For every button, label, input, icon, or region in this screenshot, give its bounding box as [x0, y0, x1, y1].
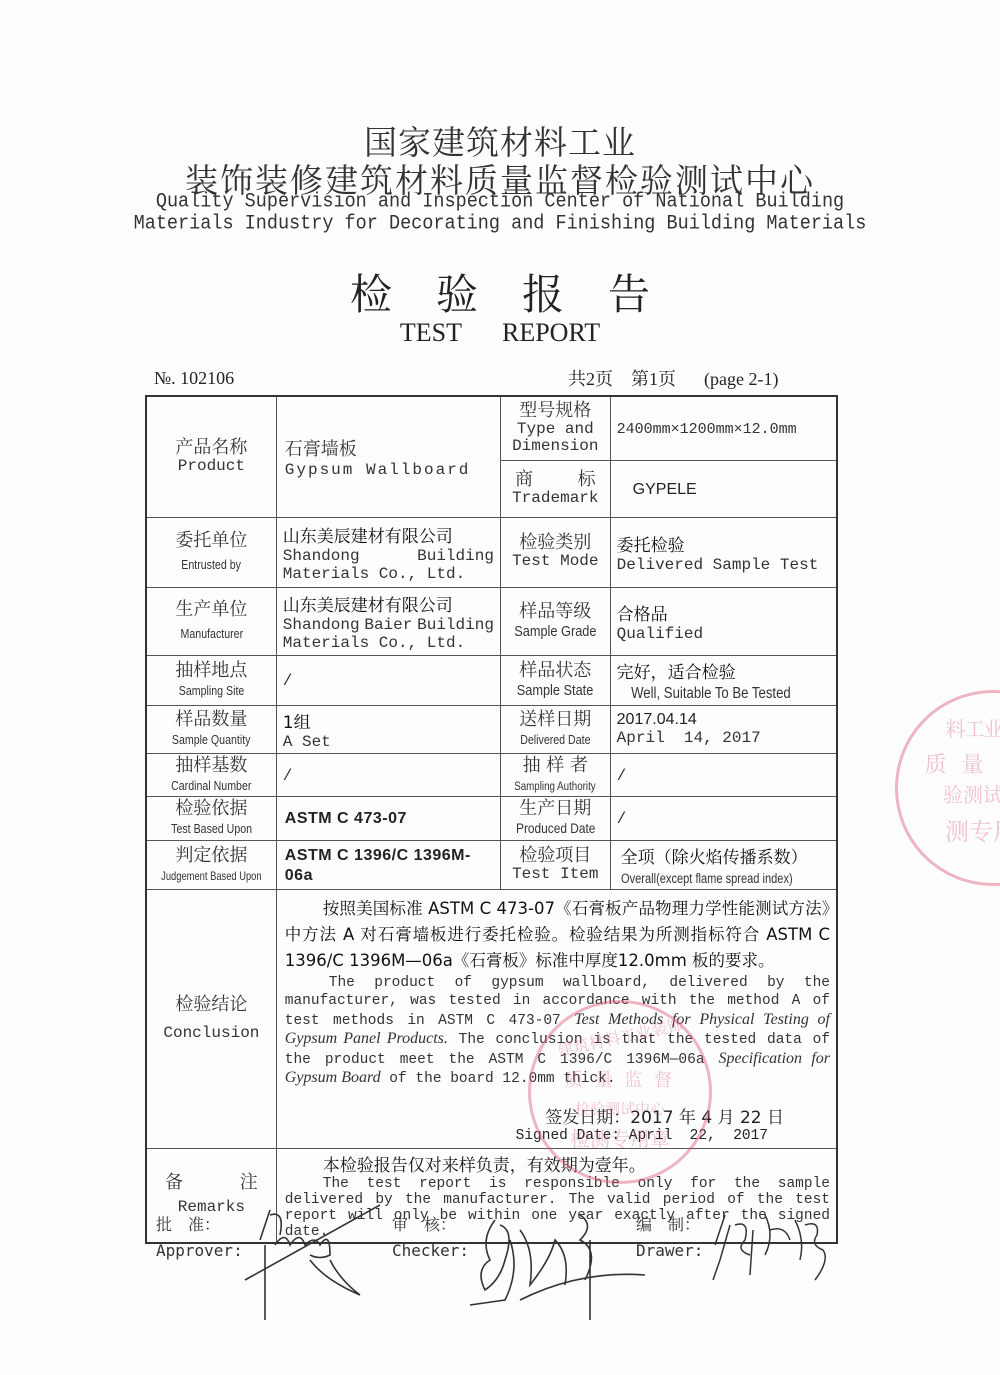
test-based-upon-label: 检验依据 Test Based Upon — [146, 796, 276, 840]
trademark-label: 商标 Trademark — [500, 460, 610, 517]
judgement-label: 判定依据 Judgement Based Upon — [146, 840, 276, 889]
sample-quantity-value: 1组 A Set — [276, 705, 500, 753]
entrusted-value: 山东美辰建材有限公司 ShandongBuilding Materials Co… — [276, 517, 500, 587]
sample-grade-label: 样品等级 Sample Grade — [500, 587, 610, 655]
cardinal-number-label: 抽样基数 Cardinal Number — [146, 753, 276, 796]
sampling-site-label: 抽样地点 Sampling Site — [146, 655, 276, 705]
inspection-seal-center: 建筑材料工业装饰 质 量 监 督 检验测试中心 检测专用章 — [528, 1000, 712, 1184]
product-label: 产品名称 Product — [146, 396, 276, 517]
table-row-entrusted: 委托单位 Entrusted by 山东美辰建材有限公司 ShandongBui… — [146, 517, 837, 587]
type-value: 2400mm×1200mm×12.0mm — [610, 396, 837, 460]
conclusion-label: 检验结论 Conclusion — [146, 889, 276, 1148]
org-name-en-line2: Materials Industry for Decorating and Fi… — [0, 212, 1000, 235]
table-row-cardinal-number: 抽样基数 Cardinal Number / 抽 样 者 Sampling Au… — [146, 753, 837, 796]
cardinal-number-value: / — [276, 753, 500, 796]
sampling-site-value: / — [276, 655, 500, 705]
inspection-seal-side: 料工业装饰 质 量 监 督 验测试中心 测专用章 — [895, 690, 1000, 886]
test-mode-label: 检验类别 Test Mode — [500, 517, 610, 587]
drawer-block: 编 制： Drawer: — [636, 1212, 703, 1264]
sample-quantity-label: 样品数量 Sample Quantity — [146, 705, 276, 753]
current-page: 第1页 — [631, 369, 676, 389]
test-based-upon-value: ASTM C 473-07 — [276, 796, 500, 840]
trademark-value: GYPELE — [610, 460, 837, 517]
checker-signature — [460, 1200, 660, 1320]
produced-date-label: 生产日期 Produced Date — [500, 796, 610, 840]
sample-state-label: 样品状态 Sample State — [500, 655, 610, 705]
test-mode-value: 委托检验 Delivered Sample Test — [610, 517, 837, 587]
table-row-conclusion: 检验结论 Conclusion 按照美国标准 ASTM C 473-07《石膏板… — [146, 889, 837, 1148]
produced-date-value: / — [610, 796, 837, 840]
manufacturer-label: 生产单位 Manufacturer — [146, 587, 276, 655]
sampling-authority-label: 抽 样 者 Sampling Authority — [500, 753, 610, 796]
table-row-test-based-upon: 检验依据 Test Based Upon ASTM C 473-07 生产日期 … — [146, 796, 837, 840]
judgement-value: ASTM C 1396/C 1396M-06a — [276, 840, 500, 889]
sample-state-value: 完好，适合检验 Well, Suitable To Be Tested — [610, 655, 837, 705]
test-item-label: 检验项目 Test Item — [500, 840, 610, 889]
table-row-sample-quantity: 样品数量 Sample Quantity 1组 A Set 送样日期 Deliv… — [146, 705, 837, 753]
drawer-signature — [705, 1200, 845, 1295]
report-table: 产品名称 Product 石膏墙板 Gypsum Wallboard 型号规格 … — [145, 395, 838, 1244]
delivered-date-label: 送样日期 Delivered Date — [500, 705, 610, 753]
product-value: 石膏墙板 Gypsum Wallboard — [276, 396, 500, 517]
entrusted-label: 委托单位 Entrusted by — [146, 517, 276, 587]
org-name-en-line1: Quality Supervision and Inspection Cente… — [0, 190, 1000, 213]
manufacturer-value: 山东美辰建材有限公司 ShandongBaierBuilding Materia… — [276, 587, 500, 655]
sampling-authority-value: / — [610, 753, 837, 796]
type-label: 型号规格 Type and Dimension — [500, 396, 610, 460]
table-row-product: 产品名称 Product 石膏墙板 Gypsum Wallboard 型号规格 … — [146, 396, 837, 460]
test-item-value: 全项（除火焰传播系数） Overall(except flame spread … — [610, 840, 837, 889]
table-row-judgement: 判定依据 Judgement Based Upon ASTM C 1396/C … — [146, 840, 837, 889]
report-number: №. 102106 — [154, 368, 234, 389]
table-row-manufacturer: 生产单位 Manufacturer 山东美辰建材有限公司 ShandongBai… — [146, 587, 837, 655]
sample-grade-value: 合格品 Qualified — [610, 587, 837, 655]
delivered-date-value: 2017.04.14 April 14, 2017 — [610, 705, 837, 753]
checker-block: 审 核： Checker: — [392, 1212, 469, 1264]
total-pages: 共2页 — [568, 369, 613, 389]
table-row-sampling-site: 抽样地点 Sampling Site / 样品状态 Sample State 完… — [146, 655, 837, 705]
report-title-en: TEST REPORT — [0, 318, 1000, 348]
page-info: 共2页第1页(page 2-1) — [568, 365, 796, 391]
approver-signature — [230, 1200, 380, 1320]
page-code: (page 2-1) — [704, 369, 778, 389]
report-title-cn: 检验报告 — [0, 262, 1000, 322]
